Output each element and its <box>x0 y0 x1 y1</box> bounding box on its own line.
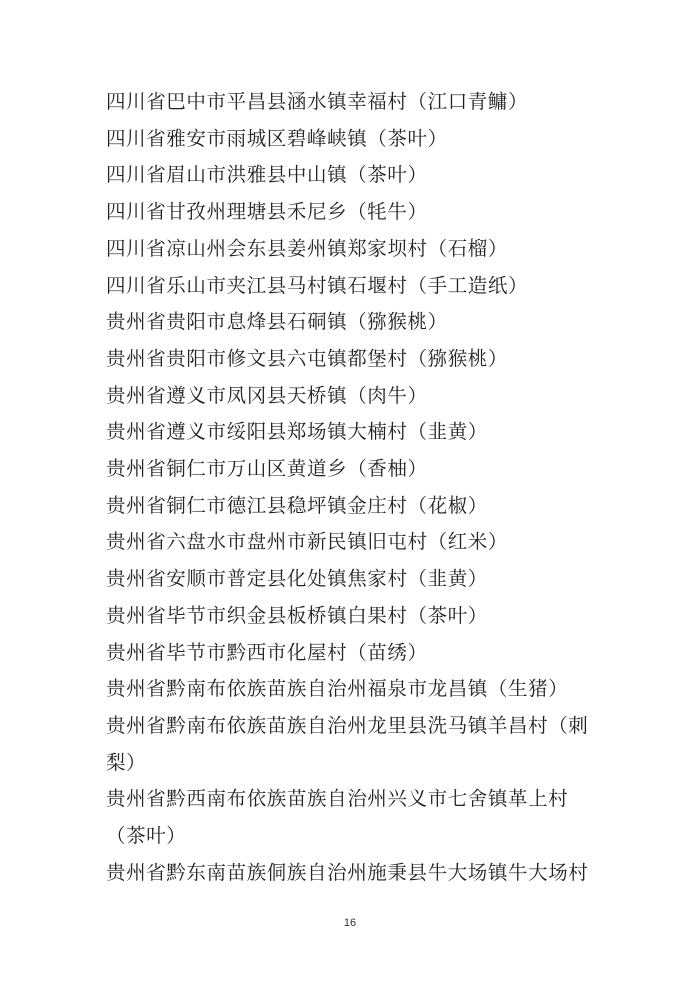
list-item: 贵州省铜仁市万山区黄道乡（香柚） <box>106 451 596 488</box>
list-item: 贵州省铜仁市德江县稳坪镇金庄村（花椒） <box>106 488 596 525</box>
list-item: 贵州省毕节市织金县板桥镇白果村（茶叶） <box>106 598 596 635</box>
list-item: 贵州省贵阳市修文县六屯镇都堡村（猕猴桃） <box>106 341 596 378</box>
page-number: 16 <box>0 917 700 929</box>
document-page: 四川省巴中市平昌县涵水镇幸福村（江口青鳙） 四川省雅安市雨城区碧峰峡镇（茶叶） … <box>0 0 700 990</box>
list-item: 贵州省遵义市绥阳县郑场镇大楠村（韭黄） <box>106 414 596 451</box>
list-item: 四川省乐山市夹江县马村镇石堰村（手工造纸） <box>106 268 596 305</box>
list-item: 四川省甘孜州理塘县禾尼乡（牦牛） <box>106 194 596 231</box>
list-item: 贵州省毕节市黔西市化屋村（苗绣） <box>106 635 596 672</box>
list-item: 贵州省黔南布依族苗族自治州福泉市龙昌镇（生猪） <box>106 671 596 708</box>
list-item: 贵州省贵阳市息烽县石硐镇（猕猴桃） <box>106 304 596 341</box>
list-item: 四川省巴中市平昌县涵水镇幸福村（江口青鳙） <box>106 84 596 121</box>
list-item: 贵州省黔西南布依族苗族自治州兴义市七舍镇革上村（茶叶） <box>106 781 596 854</box>
list-item: 贵州省黔南布依族苗族自治州龙里县洗马镇羊昌村（刺梨） <box>106 708 596 781</box>
list-item: 贵州省黔东南苗族侗族自治州施秉县牛大场镇牛大场村 <box>106 855 596 892</box>
list-item: 四川省雅安市雨城区碧峰峡镇（茶叶） <box>106 121 596 158</box>
list-item: 贵州省遵义市凤冈县天桥镇（肉牛） <box>106 378 596 415</box>
list-item: 贵州省安顺市普定县化处镇焦家村（韭黄） <box>106 561 596 598</box>
village-list: 四川省巴中市平昌县涵水镇幸福村（江口青鳙） 四川省雅安市雨城区碧峰峡镇（茶叶） … <box>106 84 596 891</box>
list-item: 贵州省六盘水市盘州市新民镇旧屯村（红米） <box>106 524 596 561</box>
list-item: 四川省眉山市洪雅县中山镇（茶叶） <box>106 157 596 194</box>
list-item: 四川省凉山州会东县姜州镇郑家坝村（石榴） <box>106 231 596 268</box>
